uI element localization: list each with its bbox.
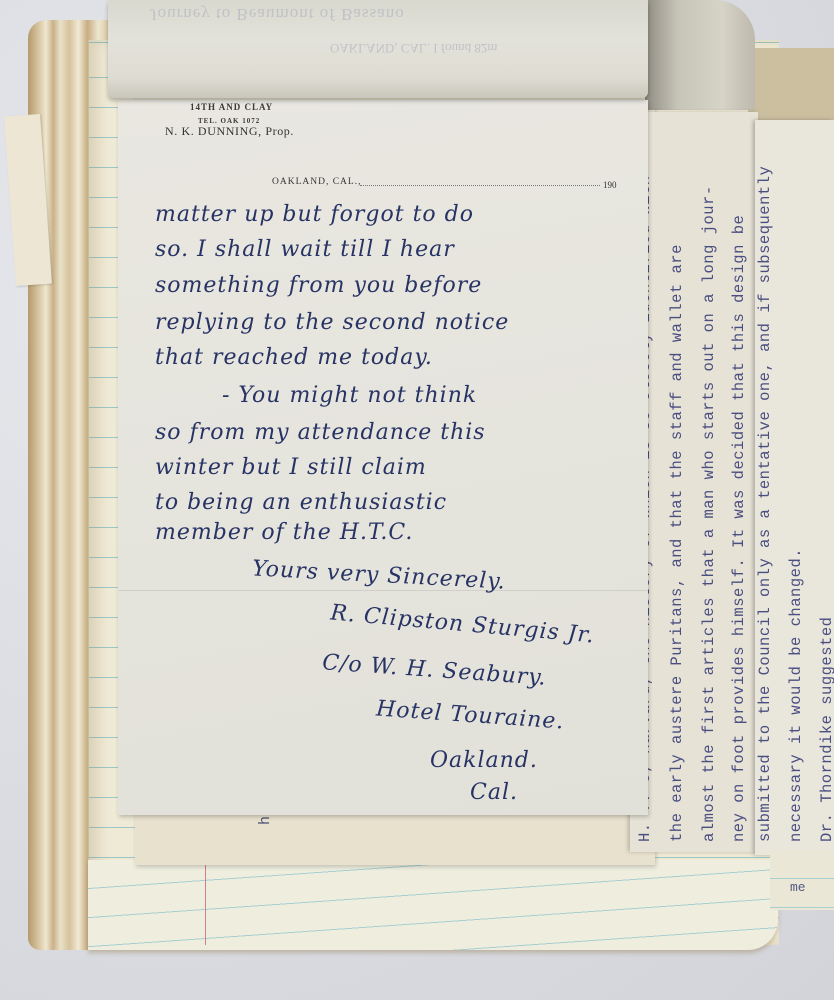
letter-body-line: replying to the second notice (155, 310, 509, 335)
letter-body-line: - You might not think (222, 383, 477, 408)
ledger-page-bottom (88, 860, 778, 950)
letter-body-line: to being an enthusiastic (155, 490, 447, 515)
letter-address-line: Oakland. (430, 748, 538, 773)
letter-body-line: so. I shall wait till I hear (155, 237, 455, 262)
typewritten-line: ney on foot provides himself. It was dec… (730, 215, 748, 842)
letterhead-date-line (360, 185, 600, 186)
typewritten-line: Dr. Thorndike suggested (818, 617, 834, 842)
letter-address-line: Cal. (470, 780, 518, 805)
bleed-through-text: OAKLAND, CAL. I found 82m (330, 40, 498, 56)
ledger-margin-rule (205, 860, 206, 945)
typewritten-line: submitted to the Council only as a tenta… (756, 166, 774, 842)
letter-body-line: winter but I still claim (155, 455, 427, 480)
bleed-through-text: Journey to Beaumont of Bassano (150, 4, 405, 24)
letter-body-line: member of the H.T.C. (155, 520, 413, 545)
typewritten-line: the early austere Puritans, and that the… (668, 244, 686, 842)
letter-body-line: matter up but forgot to do (155, 202, 474, 227)
letterhead-year: 190 (603, 180, 617, 190)
letterhead-street: 14TH AND CLAY (190, 102, 273, 112)
typewritten-line: necessary it would be changed. (787, 548, 805, 842)
curled-right-page (645, 0, 755, 110)
bottom-right-fragment-text: me (790, 880, 806, 895)
letter-body-line: so from my attendance this (155, 420, 486, 445)
letter-fold-crease (118, 590, 648, 591)
typewritten-line: almost the first articles that a man who… (700, 185, 718, 842)
letter-body-line: that reached me today. (155, 345, 433, 370)
letterhead-proprietor: N. K. DUNNING, Prop. (165, 124, 294, 139)
letter-body-line: something from you before (155, 273, 482, 298)
letterhead-city: OAKLAND, CAL., (272, 177, 361, 187)
